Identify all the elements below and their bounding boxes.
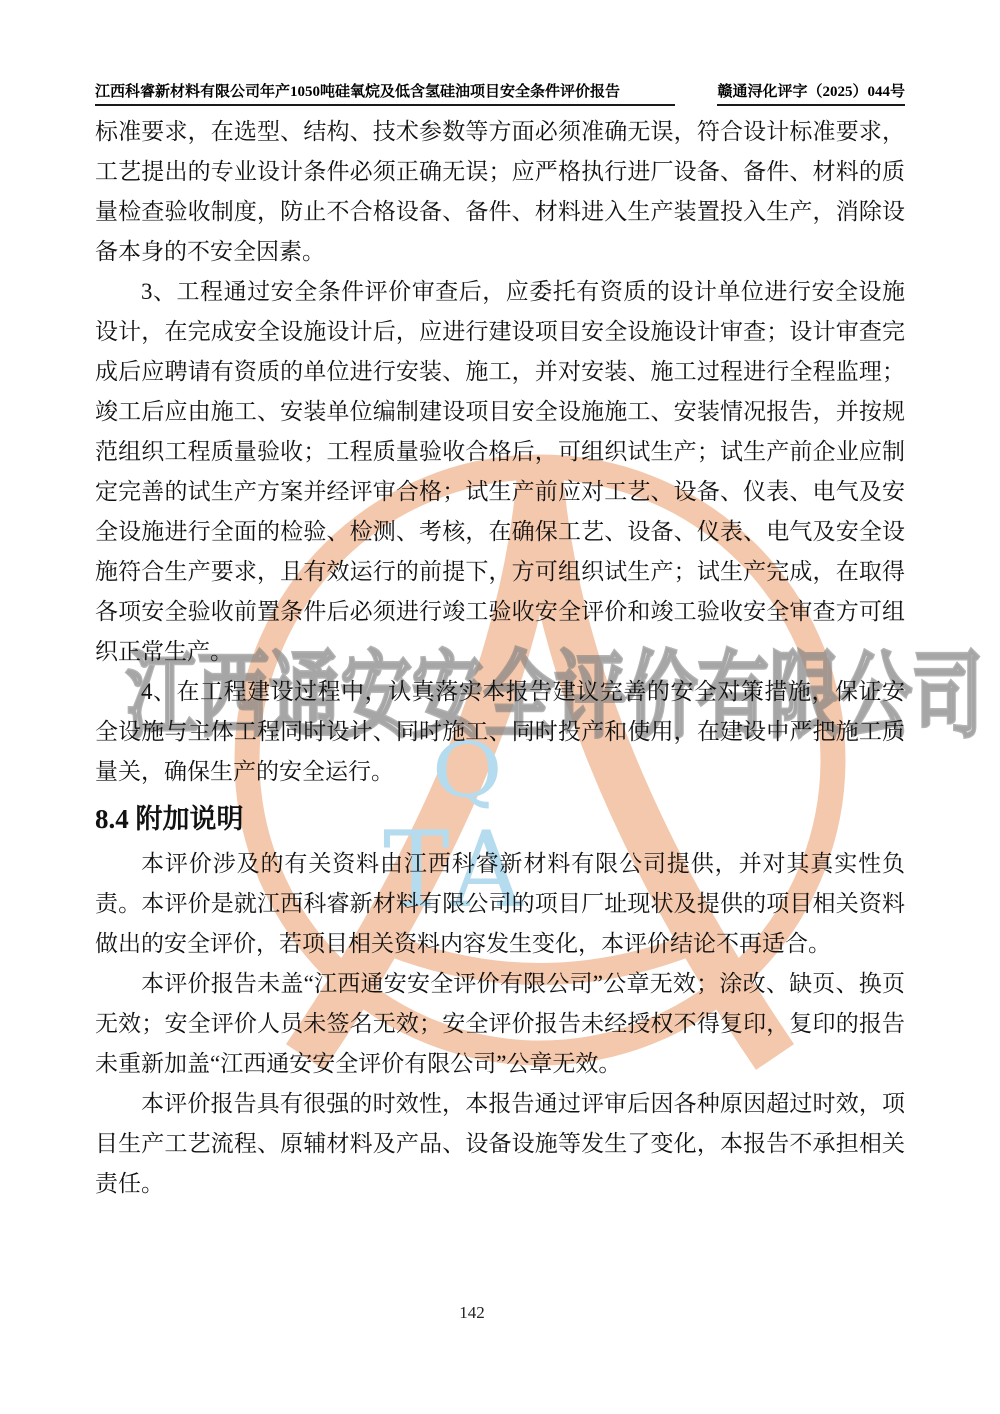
header-report-title: 江西科睿新材料有限公司年产1050吨硅氧烷及低含氢硅油项目安全条件评价报告 [95,80,675,106]
paragraph-item-4: 4、在工程建设过程中，认真落实本报告建议完善的安全对策措施，保证安全设施与主体工… [95,672,905,792]
paragraph-data-source: 本评价涉及的有关资料由江西科睿新材料有限公司提供，并对其真实性负责。本评价是就江… [95,844,905,964]
paragraph-seal-validity: 本评价报告未盖“江西通安安全评价有限公司”公章无效；涂改、缺页、换页无效；安全评… [95,964,905,1084]
paragraph-continuation: 标准要求，在选型、结构、技术参数等方面必须准确无误，符合设计标准要求，工艺提出的… [95,112,905,272]
paragraph-item-3: 3、工程通过安全条件评价审查后，应委托有资质的设计单位进行安全设施设计，在完成安… [95,272,905,672]
document-page: Q TA 江西通安安全评价有限公司 江西科睿新材料有限公司年产1050吨硅氧烷及… [0,0,1000,1414]
document-body: 标准要求，在选型、结构、技术参数等方面必须准确无误，符合设计标准要求，工艺提出的… [95,112,905,1204]
paragraph-time-validity: 本评价报告具有很强的时效性，本报告通过评审后因各种原因超过时效，项目生产工艺流程… [95,1084,905,1204]
section-heading-8-4: 8.4 附加说明 [95,802,905,836]
page-number: 142 [0,1303,972,1323]
page-header: 江西科睿新材料有限公司年产1050吨硅氧烷及低含氢硅油项目安全条件评价报告 赣通… [95,80,905,106]
header-doc-number: 赣通浔化评字（2025）044号 [717,80,905,106]
